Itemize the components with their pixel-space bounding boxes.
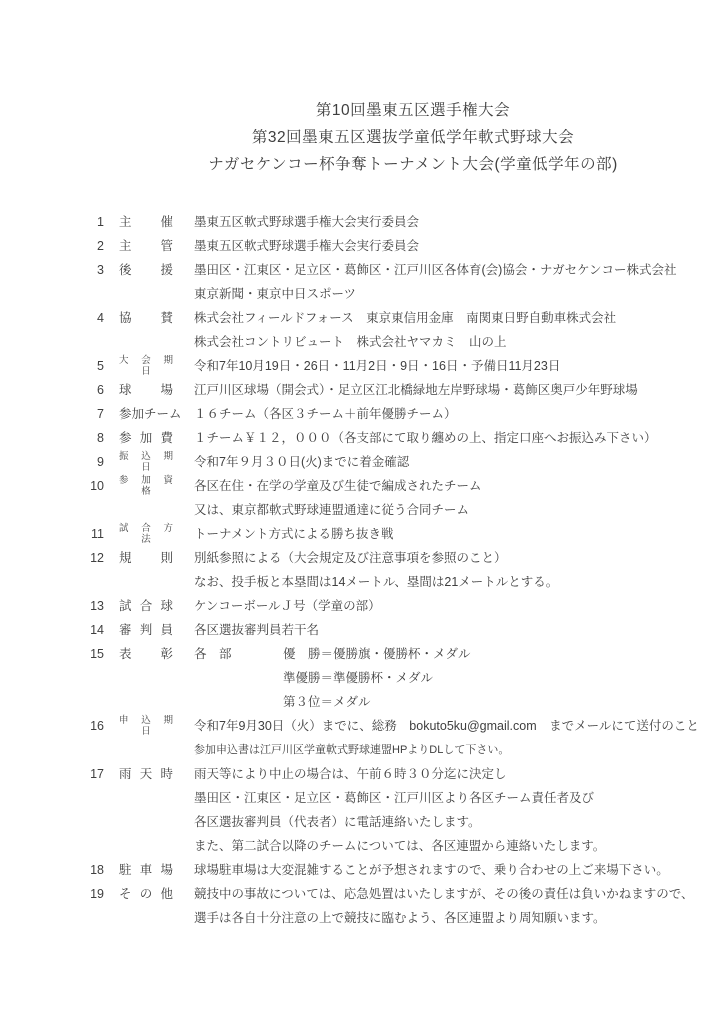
item-label-char: 規 — [119, 546, 132, 570]
item-text-line: 令和7年9月30日（火）までに、総務 bokuto5ku@gmail.com ま… — [194, 714, 706, 738]
list-item: 11 試合方法 トーナメント方式による勝ち抜き戦 — [70, 522, 706, 546]
item-content: 墨東五区軟式野球選手権大会実行委員会 — [194, 234, 706, 258]
item-text-line: 墨田区・江東区・足立区・葛飾区・江戸川区各体育(会)協会・ナガセケンコー株式会社 — [194, 258, 706, 282]
item-label-char: 加 — [140, 426, 153, 450]
item-text-line: なお、投手板と本塁間は14メートル、塁間は21メートルとする。 — [194, 570, 706, 594]
item-number: 16 — [70, 714, 104, 738]
item-label: 参加資格 — [119, 475, 173, 497]
item-label: 参加費 — [119, 426, 173, 450]
item-label-char: 員 — [160, 618, 173, 642]
item-text-line: 江戸川区球場（開会式）・足立区江北橋緑地左岸野球場・葛飾区奥戸少年野球場 — [194, 378, 706, 402]
item-number: 14 — [70, 618, 104, 642]
item-label-char: 時 — [160, 762, 173, 786]
item-text-line: 準優勝＝準優勝杯・メダル — [194, 666, 706, 690]
item-label-char: 審 — [119, 618, 132, 642]
item-label: 表彰 — [119, 642, 173, 666]
item-list: 1 主催 墨東五区軟式野球選手権大会実行委員会 2 主管 墨東五区軟式野球選手権… — [70, 210, 706, 930]
item-label-bottom: 日 — [119, 726, 173, 737]
item-label-top: 振込期 — [119, 451, 173, 462]
list-item: 6 球場 江戸川区球場（開会式）・足立区江北橋緑地左岸野球場・葛飾区奥戸少年野球… — [70, 378, 706, 402]
list-item: 8 参加費 １チーム￥１２，０００（各支部にて取り纏めの上、指定口座へお振込み下… — [70, 426, 706, 450]
item-label: 雨天時 — [119, 762, 173, 786]
title-line-1: 第10回墨東五区選手権大会 — [120, 97, 706, 124]
item-label-char: 他 — [160, 882, 173, 906]
item-text-line: 株式会社フィールドフォース 東京東信用金庫 南関東日野自動車株式会社 — [194, 306, 706, 330]
item-number: 11 — [70, 522, 104, 546]
item-text-line: 球場駐車場は大変混雑することが予想されますので、乗り合わせの上ご来場下さい。 — [194, 858, 706, 882]
document-page: 第10回墨東五区選手権大会 第32回墨東五区選抜学童低学年軟式野球大会 ナガセケ… — [0, 0, 724, 1024]
item-label-char: 駐 — [119, 858, 132, 882]
item-label-char: 場 — [160, 378, 173, 402]
document-title: 第10回墨東五区選手権大会 第32回墨東五区選抜学童低学年軟式野球大会 ナガセケ… — [70, 97, 706, 178]
item-label: 後援 — [119, 258, 173, 282]
item-label-top: 大会期 — [119, 355, 173, 366]
item-label-char: 表 — [119, 642, 132, 666]
item-label: 試合方法 — [119, 523, 173, 545]
item-label: その他 — [119, 882, 173, 906]
item-content: 令和7年9月30日（火）までに、総務 bokuto5ku@gmail.com ま… — [194, 714, 706, 762]
item-label-char: 主 — [119, 210, 132, 234]
item-label-char: の — [140, 882, 153, 906]
item-content: 株式会社フィールドフォース 東京東信用金庫 南関東日野自動車株式会社株式会社コン… — [194, 306, 706, 354]
list-item: 12 規則 別紙参照による（大会規定及び注意事項を参照のこと）なお、投手板と本塁… — [70, 546, 706, 594]
item-text-line: 別紙参照による（大会規定及び注意事項を参照のこと） — [194, 546, 706, 570]
list-item: 13 試合球 ケンコーボールＪ号（学童の部） — [70, 594, 706, 618]
item-content: 各区在住・在学の学童及び生徒で編成されたチーム又は、東京都軟式野球連盟通達に従う… — [194, 474, 706, 522]
item-number: 15 — [70, 642, 104, 666]
item-label: 申込期日 — [119, 715, 173, 737]
item-number: 19 — [70, 882, 104, 906]
item-text-line: 各区選抜審判員（代表者）に電話連絡いたします。 — [194, 810, 706, 834]
item-text-line: 第３位＝メダル — [194, 690, 706, 714]
item-label-char: 管 — [160, 234, 173, 258]
item-number: 5 — [70, 354, 104, 378]
item-text-line: 又は、東京都軟式野球連盟通達に従う合同チーム — [194, 498, 706, 522]
item-number: 1 — [70, 210, 104, 234]
item-number: 13 — [70, 594, 104, 618]
list-item: 17 雨天時 雨天等により中止の場合は、午前６時３０分迄に決定し墨田区・江東区・… — [70, 762, 706, 858]
item-label-char: 場 — [160, 858, 173, 882]
item-content: 江戸川区球場（開会式）・足立区江北橋緑地左岸野球場・葛飾区奥戸少年野球場 — [194, 378, 706, 402]
item-label-char: 天 — [140, 762, 153, 786]
item-number: 10 — [70, 474, 104, 498]
item-content: 令和7年９月３０日(火)までに着金確認 — [194, 450, 706, 474]
item-text-line: ケンコーボールＪ号（学童の部） — [194, 594, 706, 618]
item-label-char: 賛 — [160, 306, 173, 330]
item-label: 主管 — [119, 234, 173, 258]
item-text-line: 各区選抜審判員若干名 — [194, 618, 706, 642]
item-label-char: 参 — [119, 426, 132, 450]
item-text-line: トーナメント方式による勝ち抜き戦 — [194, 522, 706, 546]
item-content: 球場駐車場は大変混雑することが予想されますので、乗り合わせの上ご来場下さい。 — [194, 858, 706, 882]
item-label-char: 彰 — [160, 642, 173, 666]
item-number: 2 — [70, 234, 104, 258]
item-label-char: 援 — [160, 258, 173, 282]
item-content: ケンコーボールＪ号（学童の部） — [194, 594, 706, 618]
item-label-bottom: 日 — [119, 462, 173, 473]
item-text-line: 墨田区・江東区・足立区・葛飾区・江戸川区より各区チーム責任者及び — [194, 786, 706, 810]
item-text-line: １チーム￥１２，０００（各支部にて取り纏めの上、指定口座へお振込み下さい） — [194, 426, 706, 450]
item-content: 雨天等により中止の場合は、午前６時３０分迄に決定し墨田区・江東区・足立区・葛飾区… — [194, 762, 706, 858]
item-label-char: 催 — [160, 210, 173, 234]
item-number: 3 — [70, 258, 104, 282]
item-number: 9 — [70, 450, 104, 474]
item-label: 参加チーム — [119, 402, 173, 426]
item-label: 規則 — [119, 546, 173, 570]
item-label-char: 車 — [140, 858, 153, 882]
item-text: 優 勝＝優勝旗・優勝杯・メダル — [283, 647, 471, 661]
item-content: １チーム￥１２，０００（各支部にて取り纏めの上、指定口座へお振込み下さい） — [194, 426, 706, 450]
item-text-line: 墨東五区軟式野球選手権大会実行委員会 — [194, 234, 706, 258]
list-item: 4 協賛 株式会社フィールドフォース 東京東信用金庫 南関東日野自動車株式会社株… — [70, 306, 706, 354]
title-line-2: 第32回墨東五区選抜学童低学年軟式野球大会 — [120, 124, 706, 151]
item-label: 振込期日 — [119, 451, 173, 473]
item-content: 令和7年10月19日・26日・11月2日・9日・16日・予備日11月23日 — [194, 354, 706, 378]
item-text-line: 墨東五区軟式野球選手権大会実行委員会 — [194, 210, 706, 234]
item-label: 球場 — [119, 378, 173, 402]
list-item: 10 参加資格 各区在住・在学の学童及び生徒で編成されたチーム又は、東京都軟式野… — [70, 474, 706, 522]
item-text-line: 参加申込書は江戸川区学童軟式野球連盟HPよりDLして下さい。 — [194, 738, 706, 762]
item-label-char: 後 — [119, 258, 132, 282]
item-text-line: 東京新聞・東京中日スポーツ — [194, 282, 706, 306]
item-label-char: そ — [119, 882, 132, 906]
item-label-char: 球 — [119, 378, 132, 402]
item-label-top: 試合方 — [119, 523, 173, 534]
item-label-char: 主 — [119, 234, 132, 258]
item-label: 大会期日 — [119, 355, 173, 377]
item-label-bottom: 格 — [119, 486, 173, 497]
item-number: 6 — [70, 378, 104, 402]
list-item: 19 その他 競技中の事故については、応急処置はいたしますが、その後の責任は負い… — [70, 882, 706, 930]
item-text-line: 株式会社コントリビュート 株式会社ヤマカミ 山の上 — [194, 330, 706, 354]
item-label-char: 球 — [160, 594, 173, 618]
list-item: 16 申込期日 令和7年9月30日（火）までに、総務 bokuto5ku@gma… — [70, 714, 706, 762]
item-content: 各 部優 勝＝優勝旗・優勝杯・メダル準優勝＝準優勝杯・メダル第３位＝メダル — [194, 642, 706, 714]
item-text-line: 雨天等により中止の場合は、午前６時３０分迄に決定し — [194, 762, 706, 786]
item-number: 8 — [70, 426, 104, 450]
item-text-line: また、第二試合以降のチームについては、各区連盟から連絡いたします。 — [194, 834, 706, 858]
item-number: 12 — [70, 546, 104, 570]
item-label-char: 則 — [160, 546, 173, 570]
item-label-char: 判 — [140, 618, 153, 642]
item-content: 墨東五区軟式野球選手権大会実行委員会 — [194, 210, 706, 234]
item-text-line: 競技中の事故については、応急処置はいたしますが、その後の責任は負いかねますので、 — [194, 882, 706, 906]
item-label-char: 試 — [119, 594, 132, 618]
item-text-line: 各 部優 勝＝優勝旗・優勝杯・メダル — [194, 642, 706, 666]
list-item: 1 主催 墨東五区軟式野球選手権大会実行委員会 — [70, 210, 706, 234]
item-text-line: 令和7年10月19日・26日・11月2日・9日・16日・予備日11月23日 — [194, 354, 706, 378]
item-label: 駐車場 — [119, 858, 173, 882]
list-item: 3 後援 墨田区・江東区・足立区・葛飾区・江戸川区各体育(会)協会・ナガセケンコ… — [70, 258, 706, 306]
item-label: 試合球 — [119, 594, 173, 618]
item-text-line: 令和7年９月３０日(火)までに着金確認 — [194, 450, 706, 474]
item-number: 4 — [70, 306, 104, 330]
list-item: 18 駐車場 球場駐車場は大変混雑することが予想されますので、乗り合わせの上ご来… — [70, 858, 706, 882]
item-label-char: 合 — [140, 594, 153, 618]
item-label: 主催 — [119, 210, 173, 234]
item-label-top: 参加資 — [119, 475, 173, 486]
item-content: 競技中の事故については、応急処置はいたしますが、その後の責任は負いかねますので、… — [194, 882, 706, 930]
item-label-char: 費 — [160, 426, 173, 450]
item-text-line: 各区在住・在学の学童及び生徒で編成されたチーム — [194, 474, 706, 498]
item-label-char: 雨 — [119, 762, 132, 786]
item-content: 墨田区・江東区・足立区・葛飾区・江戸川区各体育(会)協会・ナガセケンコー株式会社… — [194, 258, 706, 306]
item-content: 各区選抜審判員若干名 — [194, 618, 706, 642]
item-text-line: 選手は各自十分注意の上で競技に臨むよう、各区連盟より周知願います。 — [194, 906, 706, 930]
list-item: 2 主管 墨東五区軟式野球選手権大会実行委員会 — [70, 234, 706, 258]
list-item: 14 審判員 各区選抜審判員若干名 — [70, 618, 706, 642]
item-label-char: 協 — [119, 306, 132, 330]
item-label-top: 申込期 — [119, 715, 173, 726]
item-content: トーナメント方式による勝ち抜き戦 — [194, 522, 706, 546]
item-number: 7 — [70, 402, 104, 426]
item-number: 17 — [70, 762, 104, 786]
item-text-line: １６チーム（各区３チーム＋前年優勝チーム） — [194, 402, 706, 426]
list-item: 7 参加チーム １６チーム（各区３チーム＋前年優勝チーム） — [70, 402, 706, 426]
item-text-prefix: 各 部 — [194, 642, 283, 666]
list-item: 9 振込期日 令和7年９月３０日(火)までに着金確認 — [70, 450, 706, 474]
item-number: 18 — [70, 858, 104, 882]
list-item: 5 大会期日 令和7年10月19日・26日・11月2日・9日・16日・予備日11… — [70, 354, 706, 378]
item-content: １６チーム（各区３チーム＋前年優勝チーム） — [194, 402, 706, 426]
item-content: 別紙参照による（大会規定及び注意事項を参照のこと）なお、投手板と本塁間は14メー… — [194, 546, 706, 594]
list-item: 15 表彰 各 部優 勝＝優勝旗・優勝杯・メダル準優勝＝準優勝杯・メダル第３位＝… — [70, 642, 706, 714]
item-label: 審判員 — [119, 618, 173, 642]
item-label-bottom: 法 — [119, 534, 173, 545]
item-label-bottom: 日 — [119, 366, 173, 377]
title-line-3: ナガセケンコー杯争奪トーナメント大会(学童低学年の部) — [120, 151, 706, 178]
item-label: 協賛 — [119, 306, 173, 330]
